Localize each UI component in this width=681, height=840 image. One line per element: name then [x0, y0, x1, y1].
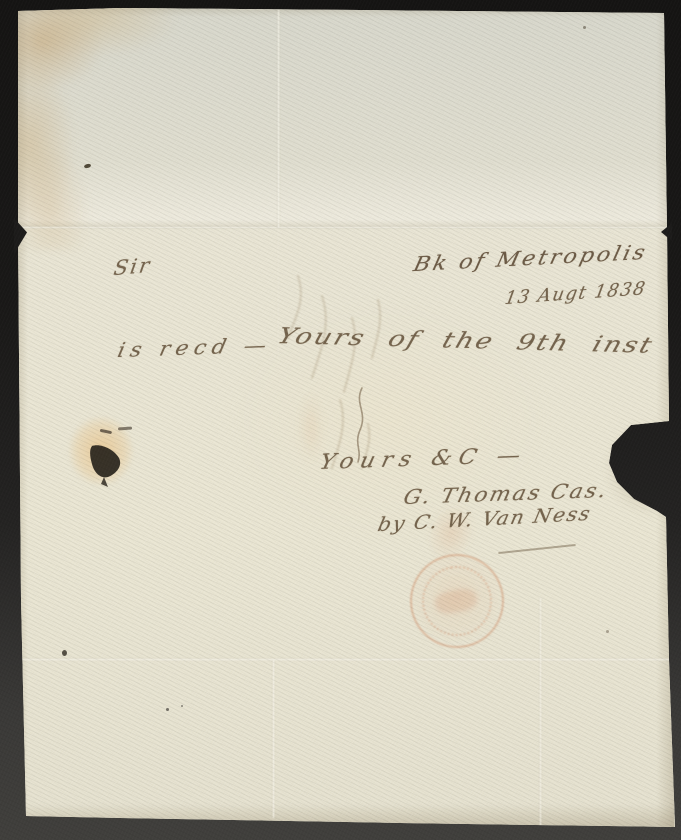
pen-flourish-mark	[0, 0, 681, 840]
signature-underline-flourish	[498, 544, 576, 554]
paper-edge-shade-top	[18, 8, 666, 17]
ink-speck	[583, 26, 586, 29]
wax-seal-remnant	[0, 0, 681, 840]
dateline-place-handwriting: Bk of Metropolis	[411, 240, 650, 277]
dateline-date-handwriting: 13 Augt 1838	[503, 278, 648, 309]
fold-crease-horizontal-top	[16, 226, 668, 229]
letter-scan: Sir Bk of Metropolis 13 Augt 1838 is rec…	[0, 0, 681, 840]
salutation-handwriting: Sir	[112, 253, 153, 281]
paper-edge-shade-bottom	[22, 804, 676, 828]
ink-speck	[606, 630, 609, 633]
paper-edge-shade-right	[656, 12, 674, 828]
water-stain-top-left	[10, 0, 220, 250]
top-fold-flap-shading	[0, 0, 681, 229]
ink-speck	[166, 708, 169, 711]
show-through-red-streak	[298, 392, 324, 464]
body-fragment-right-handwriting: Yours of the 9th inst	[274, 324, 657, 359]
fold-crease-horizontal-bottom	[20, 658, 675, 661]
seal-tear-notch-shading	[598, 412, 670, 524]
ink-speck	[62, 650, 67, 656]
fold-crease-vertical-bottom-right	[539, 598, 542, 826]
letter-paper: Sir Bk of Metropolis 13 Augt 1838 is rec…	[0, 0, 681, 840]
wax-seal-grease-stain	[58, 405, 144, 497]
paper-edge-shade-left	[18, 10, 28, 818]
ink-show-through-ghost-writing	[0, 0, 681, 840]
body-fragment-left-handwriting: is recd —	[115, 333, 274, 363]
ink-speck	[181, 705, 183, 707]
closing-handwriting: Yours &C —	[317, 443, 529, 474]
fold-crease-vertical-bottom-left	[272, 660, 275, 818]
ink-speck	[84, 163, 92, 169]
postal-datestamp	[403, 547, 512, 656]
fold-crease-vertical-top	[277, 10, 280, 228]
